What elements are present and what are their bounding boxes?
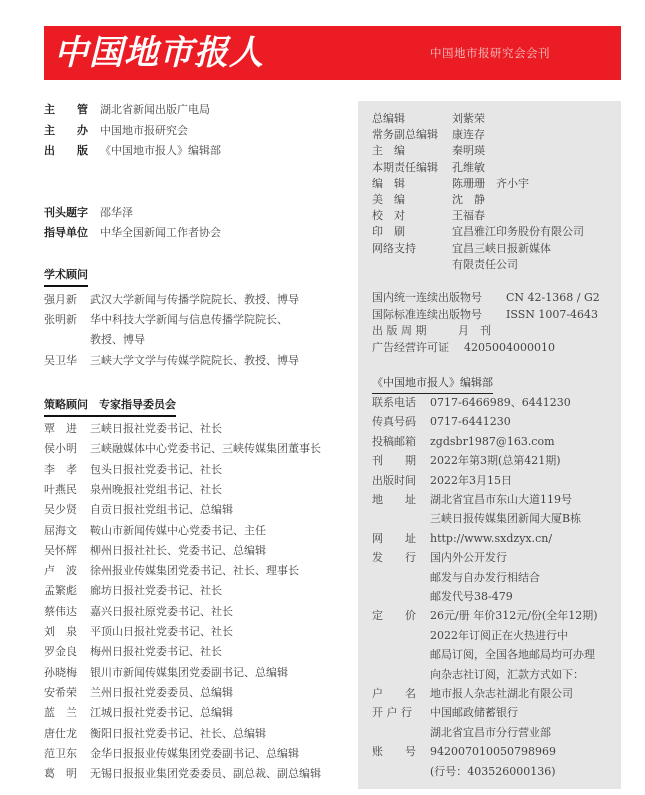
staff-row: 本期责任编辑孔维敏 [372,161,485,175]
office-row: 户 名地市报人杂志社湖北有限公司 [372,687,573,701]
advisor-desc: 包头日报社党委书记、社长 [90,463,222,477]
advisor-row: 蔡伟达嘉兴日报社原党委书记、社长 [44,605,233,619]
office-value: 邮发与自办发行相结合 [430,571,540,584]
advisor-desc: 衡阳日报社党委书记、社长、总编辑 [90,727,266,741]
advisor-desc: 三峡大学文学与传媒学院院长、教授、博导 [90,354,299,368]
info-panel: 总编辑刘紫荣常务副总编辑康连存主 编秦明瑛本期责任编辑孔维敏编 辑陈珊珊 齐小宇… [358,101,621,789]
advisor-name: 唐仕龙 [44,727,90,741]
staff-name: 陈珊珊 齐小宇 [452,177,529,190]
advisor-desc: 金华日报报业传媒集团党委副书记、总编辑 [90,747,299,761]
office-value: 湖北省宜昌市东山大道119号 [430,493,572,506]
advisor-name: 覃 进 [44,422,90,436]
office-row: 向杂志社订阅，汇款方式如下： [372,668,584,682]
advisor-row: 卢 波徐州报业传媒集团党委书记、社长、理事长 [44,564,299,578]
office-value: zgdsbr1987@163.com [430,435,555,448]
publication-row: 广告经营许可证4205004000010 [372,341,555,355]
advisor-desc: 无锡日报报业集团党委委员、副总裁、副总编辑 [90,767,321,781]
advisor-row: 吴怀辉柳州日报社社长、党委书记、总编辑 [44,544,266,558]
office-label: 地 址 [372,493,430,507]
advisor-name: 侯小明 [44,442,90,456]
advisor-desc: 廊坊日报社党委书记、社长 [90,584,222,598]
staff-name: 孔维敏 [452,161,485,174]
advisor-desc: 华中科技大学新闻与信息传播学院院长、 [90,313,288,327]
staff-row: 校 对王福春 [372,209,485,223]
staff-name: 王福春 [452,209,485,222]
office-row: 发 行国内外公开发行 [372,551,507,565]
advisor-desc: 兰州日报社党委委员、总编辑 [90,686,233,700]
advisor-desc: 三峡融媒体中心党委书记、三峡传媒集团董事长 [90,442,321,456]
office-value: 2022年订阅正在火热进行中 [430,629,568,642]
publication-label: 出 版 周 期 [372,324,458,338]
masthead-row: 主 办中国地市报研究会 [44,124,188,138]
office-label: 定 价 [372,609,430,623]
office-label: 出版时间 [372,474,430,488]
advisor-row: 范卫东金华日报报业传媒集团党委副书记、总编辑 [44,747,299,761]
advisor-row: 孟繁彪廊坊日报社党委书记、社长 [44,584,222,598]
masthead-row: 主 管湖北省新闻出版广电局 [44,103,210,117]
office-row: 邮发与自办发行相结合 [372,571,540,585]
advisor-name: 葛 明 [44,767,90,781]
office-row: 定 价26元/册 年价312元/份(全年12期) [372,609,597,623]
advisor-name: 卢 波 [44,564,90,578]
advisor-desc: 泉州晚报社党组书记、社长 [90,483,222,497]
advisor-name: 吴卫华 [44,354,90,368]
staff-name: 秦明瑛 [452,144,485,157]
masthead-row: 刊头题字邵华泽 [44,206,133,220]
staff-name: 刘紫荣 [452,112,485,125]
advisor-name: 孙晓梅 [44,666,90,680]
staff-row: 主 编秦明瑛 [372,144,485,158]
advisor-desc: 三峡日报社党委书记、社长 [90,422,222,436]
advisor-row: 叶燕民泉州晚报社党组书记、社长 [44,483,222,497]
advisor-row: 罗金良梅州日报社党委书记、社长 [44,645,222,659]
office-value: (行号：403526000136) [430,765,556,778]
advisor-name: 吴少贤 [44,503,90,517]
publication-value: 4205004000010 [464,341,555,354]
office-value: 0717-6466989、6441230 [430,396,571,409]
staff-row: 有限责任公司 [372,258,518,272]
header-banner: 中国地市报人 中国地市报研究会会刊 [44,26,621,80]
office-value: 湖北省宜昌市分行营业部 [430,726,551,739]
staff-role: 主 编 [372,144,452,158]
advisor-desc: 鞍山市新闻传媒中心党委书记、主任 [90,524,266,538]
office-value: 2022年3月15日 [430,474,512,487]
office-label: 投稿邮箱 [372,435,430,449]
staff-row: 总编辑刘紫荣 [372,112,485,126]
row-label: 主 办 [44,124,100,138]
row-value: 中华全国新闻工作者协会 [100,226,221,240]
advisor-name: 李 孝 [44,463,90,477]
staff-row: 美 编沈 静 [372,193,485,207]
staff-role: 总编辑 [372,112,452,126]
row-value: 《中国地市报人》编辑部 [100,144,221,158]
office-row: 三峡日报传媒集团新闻大厦B栋 [372,512,581,526]
office-value: 国内外公开发行 [430,551,507,564]
office-label: 网 址 [372,532,430,546]
advisor-name: 范卫东 [44,747,90,761]
academic-advisors-heading: 学术顾问 [44,266,88,287]
office-value: 三峡日报传媒集团新闻大厦B栋 [430,512,581,525]
advisor-name: 强月新 [44,293,90,307]
office-row: 传真号码0717-6441230 [372,415,511,429]
advisor-name: 蔡伟达 [44,605,90,619]
advisor-row: 李 孝包头日报社党委书记、社长 [44,463,222,477]
publication-row: 国际标准连续出版物号ISSN 1007-4643 [372,308,598,322]
office-value: 邮发代号38-479 [430,590,513,603]
office-label: 发 行 [372,551,430,565]
advisor-row: 葛 明无锡日报报业集团党委委员、副总裁、副总编辑 [44,767,321,781]
office-label: 开 户 行 [372,706,430,720]
row-value: 邵华泽 [100,206,133,220]
office-label: 账 号 [372,745,430,759]
office-value: 26元/册 年价312元/份(全年12期) [430,609,597,622]
office-row: 网 址http://www.sxdzyx.cn/ [372,532,552,546]
masthead-row: 指导单位中华全国新闻工作者协会 [44,226,221,240]
office-row: 邮发代号38-479 [372,590,513,604]
staff-role: 印 刷 [372,225,452,239]
advisor-row: 唐仕龙衡阳日报社党委书记、社长、总编辑 [44,727,266,741]
staff-role: 网络支持 [372,242,452,256]
advisor-desc: 柳州日报社社长、党委书记、总编辑 [90,544,266,558]
advisor-row: 吴卫华三峡大学文学与传媒学院院长、教授、博导 [44,354,299,368]
advisor-row: 侯小明三峡融媒体中心党委书记、三峡传媒集团董事长 [44,442,321,456]
banner-subtitle: 中国地市报研究会会刊 [430,45,550,61]
office-value: http://www.sxdzyx.cn/ [430,532,552,545]
advisor-row: 蓝 兰江城日报社党委书记、总编辑 [44,706,233,720]
strategy-advisors-heading: 策略顾问 专家指导委员会 [44,396,176,417]
advisor-name: 罗金良 [44,645,90,659]
advisor-name: 吴怀辉 [44,544,90,558]
advisor-desc: 银川市新闻传媒集团党委副书记、总编辑 [90,666,288,680]
staff-role: 本期责任编辑 [372,161,452,175]
staff-name: 宜昌雅江印务股份有限公司 [452,225,584,238]
advisor-row: 覃 进三峡日报社党委书记、社长 [44,422,222,436]
office-row: 出版时间2022年3月15日 [372,474,512,488]
publication-label: 国内统一连续出版物号 [372,291,506,305]
advisor-row: 安希荣兰州日报社党委委员、总编辑 [44,686,233,700]
row-label: 出 版 [44,144,100,158]
staff-name: 沈 静 [452,193,485,206]
publication-value: 月 刊 [458,324,491,337]
advisor-desc: 梅州日报社党委书记、社长 [90,645,222,659]
office-row: 投稿邮箱zgdsbr1987@163.com [372,435,555,449]
advisor-name: 孟繁彪 [44,584,90,598]
staff-name: 有限责任公司 [452,258,518,271]
office-row: 湖北省宜昌市分行营业部 [372,726,551,740]
advisor-desc: 武汉大学新闻与传播学院院长、教授、博导 [90,293,299,307]
office-row: 刊 期2022年第3期(总第421期) [372,454,561,468]
staff-role: 校 对 [372,209,452,223]
row-label: 指导单位 [44,226,100,240]
advisor-row: 孙晓梅银川市新闻传媒集团党委副书记、总编辑 [44,666,288,680]
advisor-desc: 徐州报业传媒集团党委书记、社长、理事长 [90,564,299,578]
office-value: 0717-6441230 [430,415,511,428]
advisor-name: 刘 泉 [44,625,90,639]
advisor-row: 张明新华中科技大学新闻与信息传播学院院长、 [44,313,288,327]
office-label: 刊 期 [372,454,430,468]
advisor-row: 吴少贤自贡日报社党组书记、总编辑 [44,503,233,517]
advisor-row: 教授、博导 [44,333,145,347]
row-value: 中国地市报研究会 [100,124,188,138]
staff-role: 美 编 [372,193,452,207]
masthead-logo: 中国地市报人 [54,30,264,76]
advisor-desc: 嘉兴日报社原党委书记、社长 [90,605,233,619]
office-label: 户 名 [372,687,430,701]
staff-name: 宜昌三峡日报新媒体 [452,242,551,255]
office-value: 邮局订阅，全国各地邮局均可办理 [430,648,595,661]
advisor-name: 蓝 兰 [44,706,90,720]
publication-value: CN 42-1368 / G2 [506,291,600,304]
office-value: 中国邮政储蓄银行 [430,706,518,719]
staff-role: 常务副总编辑 [372,128,452,142]
staff-name: 康连存 [452,128,485,141]
advisor-desc: 自贡日报社党组书记、总编辑 [90,503,233,517]
office-row: 2022年订阅正在火热进行中 [372,629,568,643]
advisor-desc: 平顶山日报社党委书记、社长 [90,625,233,639]
advisor-row: 刘 泉平顶山日报社党委书记、社长 [44,625,233,639]
publication-value: ISSN 1007-4643 [506,308,598,321]
row-value: 湖北省新闻出版广电局 [100,103,210,117]
staff-row: 网络支持宜昌三峡日报新媒体 [372,242,551,256]
masthead-row: 出 版《中国地市报人》编辑部 [44,144,221,158]
publication-label: 广告经营许可证 [372,341,464,355]
advisor-name: 张明新 [44,313,90,327]
advisor-name: 屈海文 [44,524,90,538]
office-row: (行号：403526000136) [372,765,556,779]
office-row: 账 号942007010050798969 [372,745,556,759]
row-label: 刊头题字 [44,206,100,220]
office-value: 地市报人杂志社湖北有限公司 [430,687,573,700]
staff-row: 印 刷宜昌雅江印务股份有限公司 [372,225,584,239]
advisor-name: 安希荣 [44,686,90,700]
advisor-desc: 教授、博导 [90,333,145,347]
office-row: 联系电话0717-6466989、6441230 [372,396,571,410]
office-row: 开 户 行中国邮政储蓄银行 [372,706,518,720]
office-row: 邮局订阅，全国各地邮局均可办理 [372,648,595,662]
office-row: 地 址湖北省宜昌市东山大道119号 [372,493,572,507]
office-value: 向杂志社订阅，汇款方式如下： [430,668,584,681]
staff-row: 常务副总编辑康连存 [372,128,485,142]
office-value: 942007010050798969 [430,745,556,758]
publication-label: 国际标准连续出版物号 [372,308,506,322]
office-label: 联系电话 [372,396,430,410]
advisor-name: 叶燕民 [44,483,90,497]
office-value: 2022年第3期(总第421期) [430,454,561,467]
editorial-office-heading: 《中国地市报人》编辑部 [372,374,493,394]
publication-row: 出 版 周 期月 刊 [372,324,491,338]
advisor-row: 强月新武汉大学新闻与传播学院院长、教授、博导 [44,293,299,307]
row-label: 主 管 [44,103,100,117]
advisor-desc: 江城日报社党委书记、总编辑 [90,706,233,720]
staff-row: 编 辑陈珊珊 齐小宇 [372,177,529,191]
advisor-row: 屈海文鞍山市新闻传媒中心党委书记、主任 [44,524,266,538]
staff-role: 编 辑 [372,177,452,191]
office-label: 传真号码 [372,415,430,429]
publication-row: 国内统一连续出版物号CN 42-1368 / G2 [372,291,600,305]
